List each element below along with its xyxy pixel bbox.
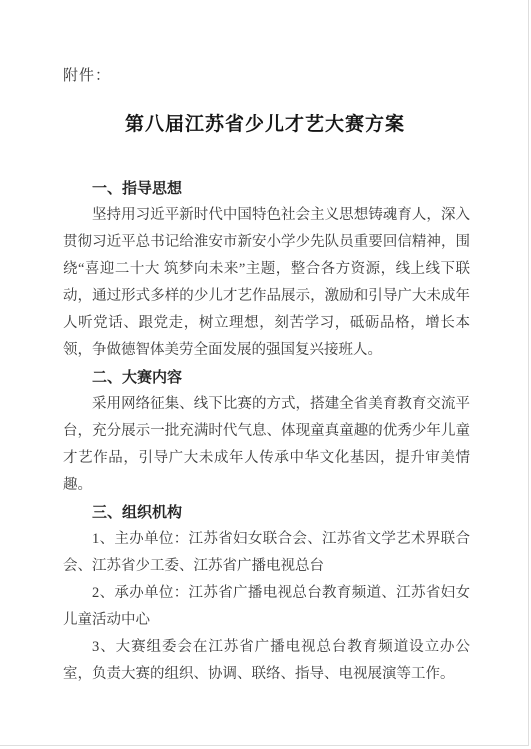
section-heading: 一、指导思想: [63, 175, 470, 202]
document-section: 一、指导思想 坚持用习近平新时代中国特色社会主义思想铸魂育人，深入贯彻习近平总书…: [63, 175, 470, 364]
paragraph: 3、大赛组委会在江苏省广播电视总台教育频道设立办公室，负责大赛的组织、协调、联络…: [63, 634, 470, 688]
attachment-label: 附件：: [63, 66, 467, 86]
document-title: 第八届江苏省少儿才艺大赛方案: [63, 112, 467, 138]
document-section: 三、组织机构 1、主办单位：江苏省妇女联合会、江苏省文学艺术界联合会、江苏省少工…: [63, 499, 470, 688]
document-page: 附件： 第八届江苏省少儿才艺大赛方案 一、指导思想 坚持用习近平新时代中国特色社…: [0, 0, 529, 746]
section-heading: 三、组织机构: [63, 499, 470, 526]
document-body: 一、指导思想 坚持用习近平新时代中国特色社会主义思想铸魂育人，深入贯彻习近平总书…: [63, 175, 470, 688]
paragraph: 2、承办单位：江苏省广播电视总台教育频道、江苏省妇女儿童活动中心: [63, 580, 470, 634]
paragraph: 1、主办单位：江苏省妇女联合会、江苏省文学艺术界联合会、江苏省少工委、江苏省广播…: [63, 526, 470, 580]
section-heading: 二、大赛内容: [63, 364, 470, 391]
paragraph: 坚持用习近平新时代中国特色社会主义思想铸魂育人，深入贯彻习近平总书记给淮安市新安…: [63, 202, 470, 364]
paragraph: 采用网络征集、线下比赛的方式，搭建全省美育教育交流平台，充分展示一批充满时代气息…: [63, 391, 470, 499]
page-content-area: 附件： 第八届江苏省少儿才艺大赛方案 一、指导思想 坚持用习近平新时代中国特色社…: [0, 0, 528, 688]
document-section: 二、大赛内容 采用网络征集、线下比赛的方式，搭建全省美育教育交流平台，充分展示一…: [63, 364, 470, 499]
